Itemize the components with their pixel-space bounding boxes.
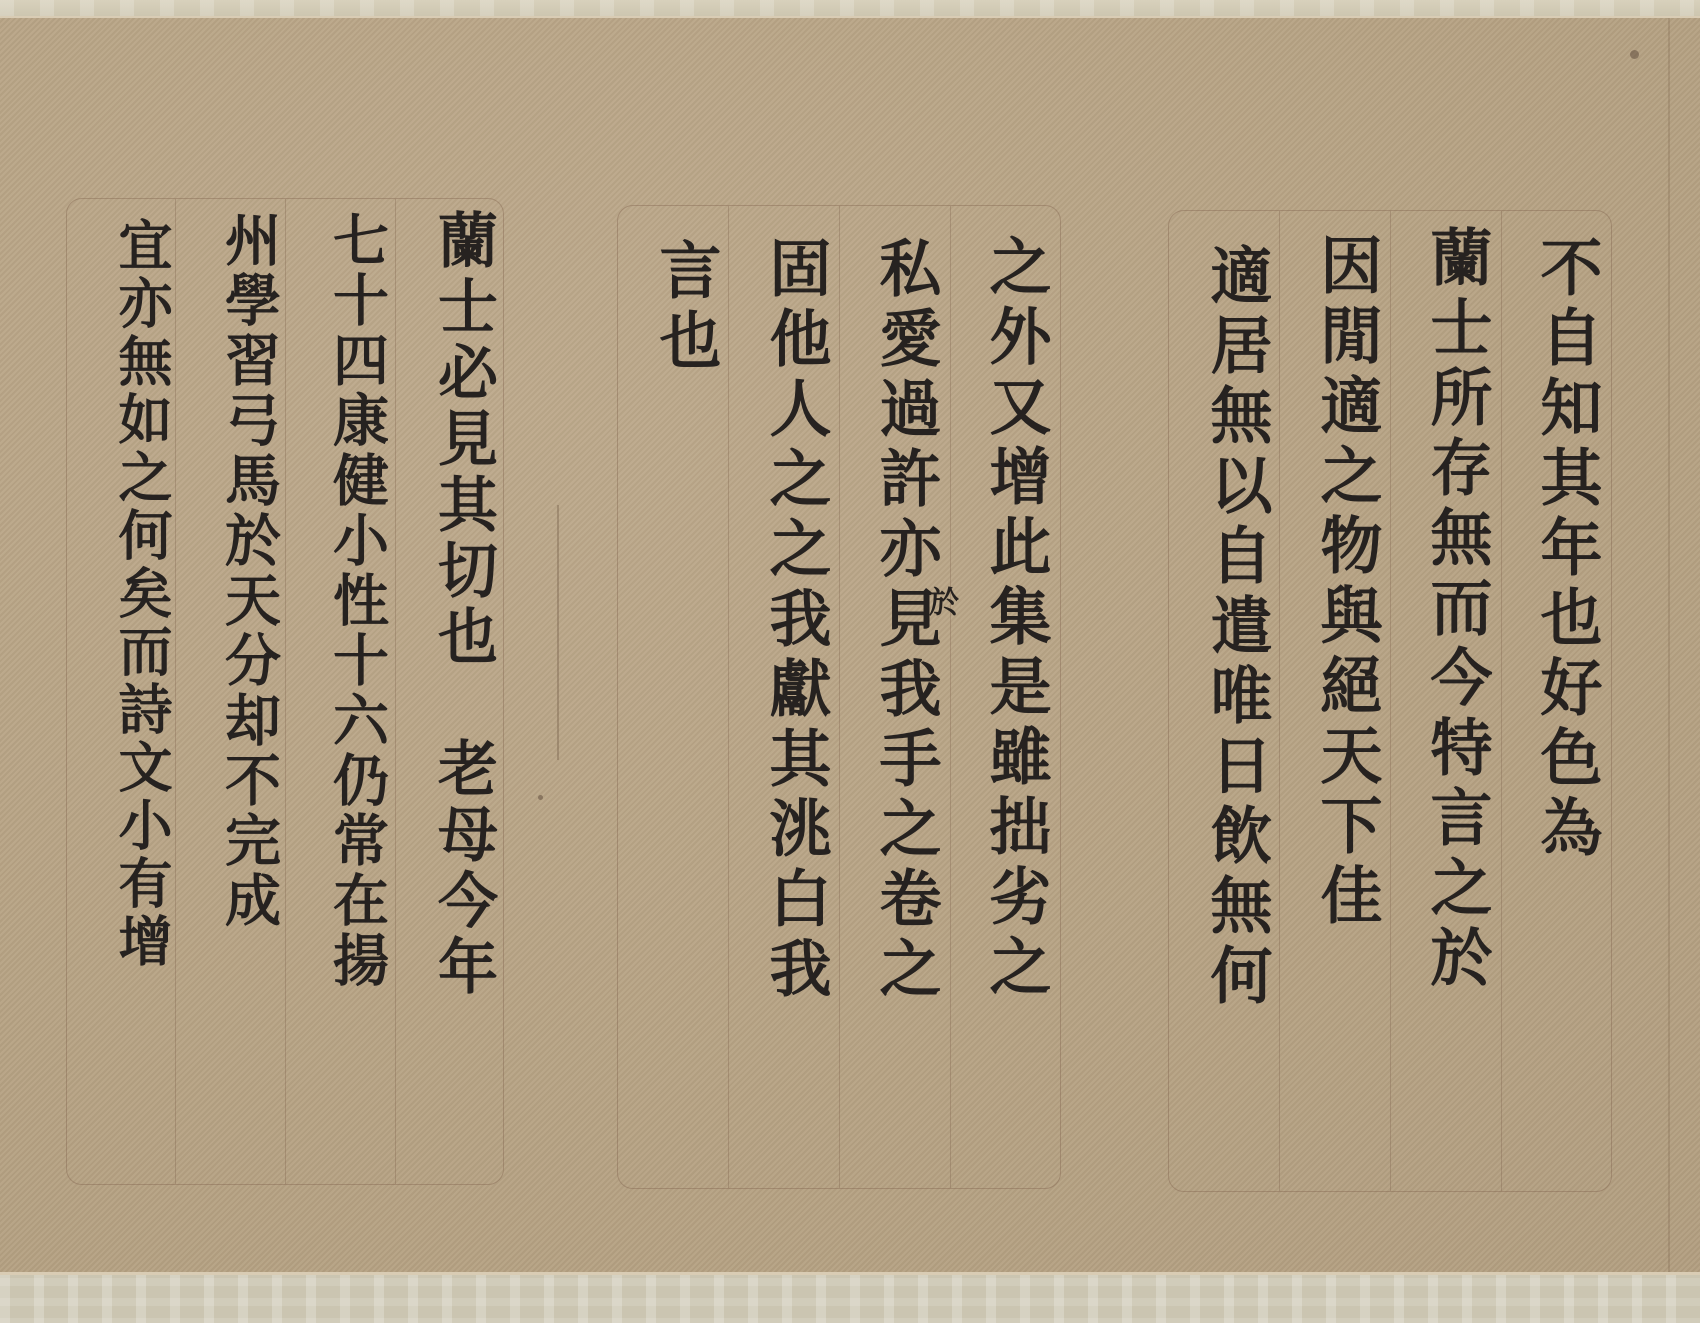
silk-mount-bottom bbox=[0, 1272, 1700, 1323]
paper-crease bbox=[557, 505, 559, 760]
paper-seam bbox=[1668, 18, 1670, 1272]
calligraphy-column: 言也 bbox=[654, 238, 716, 378]
calligraphy-column: 蘭士必見其切也 老母今年 bbox=[433, 209, 493, 1001]
column-rule bbox=[728, 206, 729, 1188]
silk-mount-top bbox=[0, 0, 1700, 18]
column-rule bbox=[1279, 211, 1280, 1191]
calligraphy-column: 適居無以自遣唯日飲無何 bbox=[1205, 243, 1267, 1013]
column-rule bbox=[950, 206, 951, 1188]
calligraphy-column: 不自知其年也好色為 bbox=[1535, 235, 1597, 865]
column-rule bbox=[1501, 211, 1502, 1191]
calligraphy-column: 因閒適之物與絕天下佳 bbox=[1315, 233, 1377, 933]
stain-spot bbox=[1630, 50, 1639, 59]
calligraphy-column: 宜亦無如之何矣而詩文小有增 bbox=[115, 217, 169, 971]
column-rule bbox=[395, 199, 396, 1184]
panel-right: 不自知其年也好色為 蘭士所存無而今特言之於 因閒適之物與絕天下佳 適居無以自遣唯… bbox=[1168, 210, 1612, 1192]
handscroll: 不自知其年也好色為 蘭士所存無而今特言之於 因閒適之物與絕天下佳 適居無以自遣唯… bbox=[0, 0, 1700, 1323]
calligraphy-column: 私愛過許亦見我手之卷之 bbox=[874, 236, 936, 1006]
calligraphy-column: 固他人之之我獻其洮白我 bbox=[764, 236, 826, 1006]
panel-left: 蘭士必見其切也 老母今年 七十四康健小性十六仍常在揚 州學習弓馬於天分却不完成 … bbox=[66, 198, 504, 1185]
calligraphy-column: 之外又增此集是雖拙劣之 bbox=[984, 234, 1046, 1004]
column-rule bbox=[1390, 211, 1391, 1191]
calligraphy-column: 州學習弓馬於天分却不完成 bbox=[221, 211, 277, 931]
column-rule bbox=[285, 199, 286, 1184]
panel-middle: 之外又增此集是雖拙劣之 私愛過許亦見我手之卷之 固他人之之我獻其洮白我 言也 於 bbox=[617, 205, 1061, 1189]
calligraphy-column: 七十四康健小性十六仍常在揚 bbox=[329, 211, 385, 991]
stain-spot bbox=[538, 795, 543, 800]
calligraphy-column: 蘭士所存無而今特言之於 bbox=[1425, 225, 1487, 995]
column-rule bbox=[839, 206, 840, 1188]
interlinear-correction: 於 bbox=[918, 586, 962, 616]
column-rule bbox=[175, 199, 176, 1184]
